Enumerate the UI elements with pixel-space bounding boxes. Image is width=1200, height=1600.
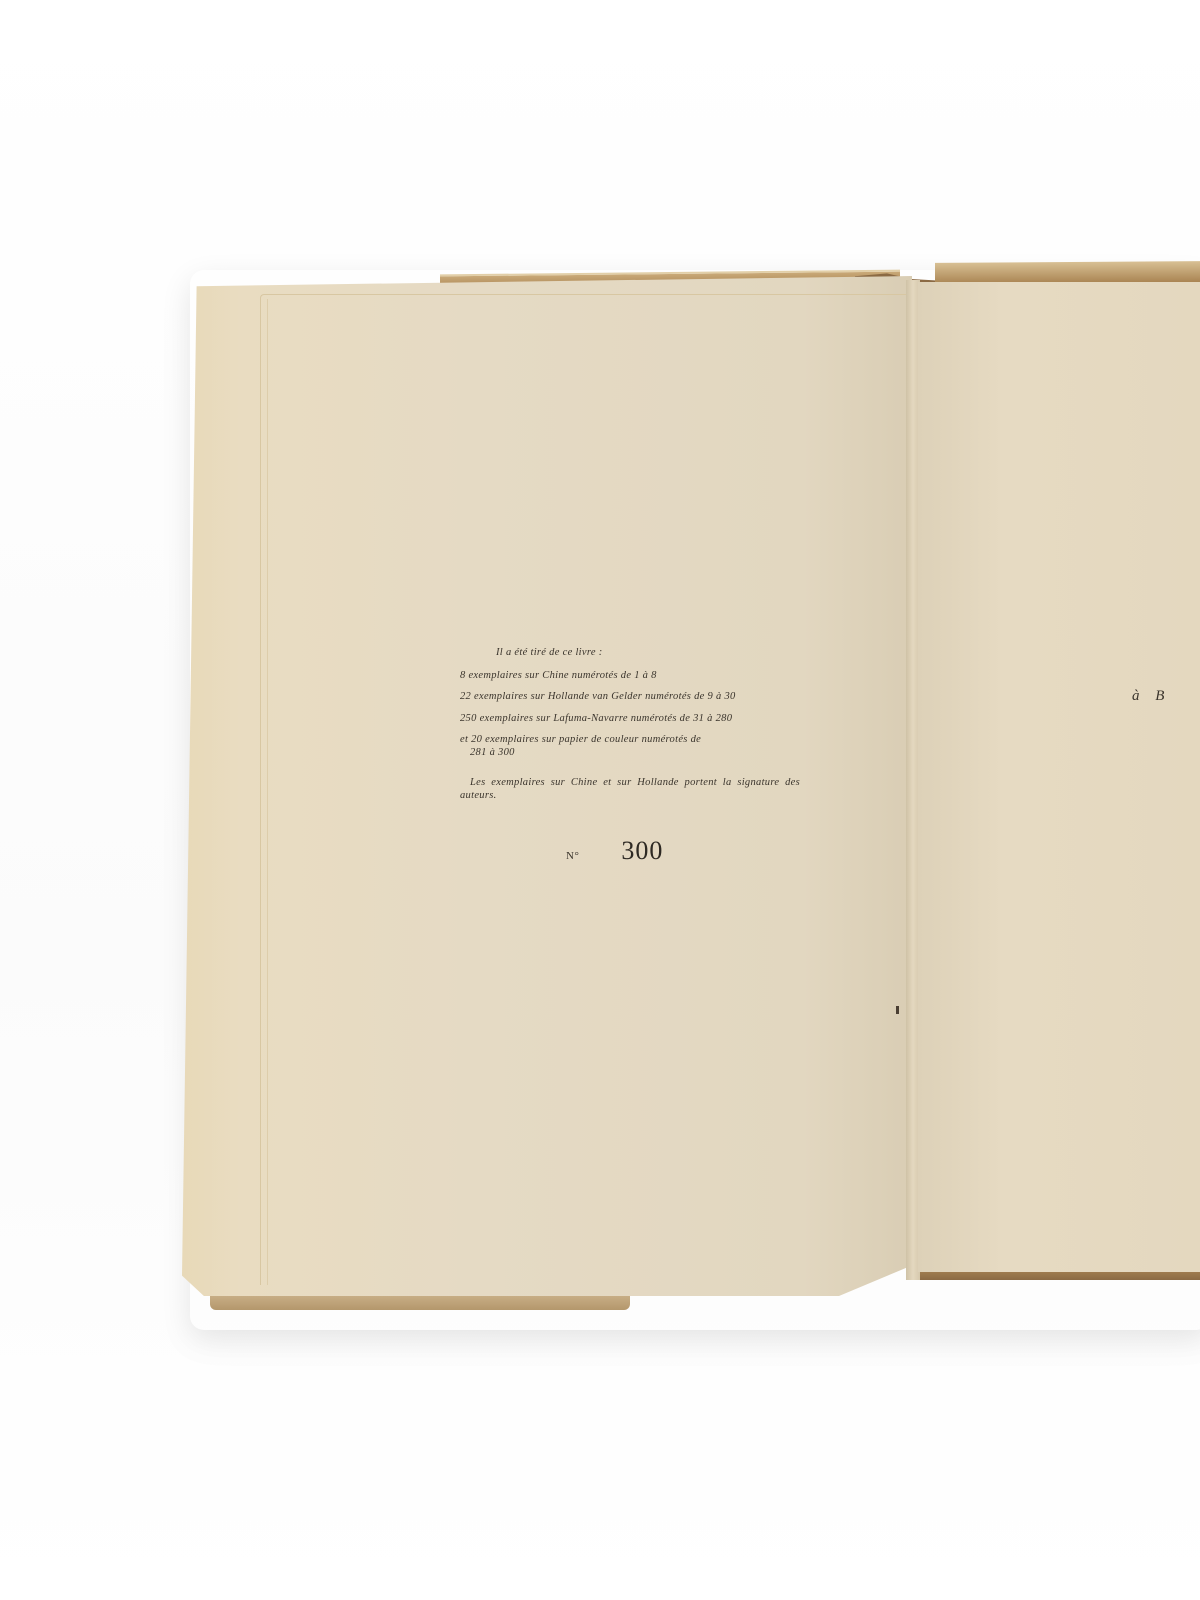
limitation-statement: Il a été tiré de ce livre : 8 exemplaire…	[460, 648, 800, 802]
edition-line-couleur: et 20 exemplaires sur papier de couleur …	[460, 735, 800, 746]
gutter-mark	[896, 1006, 899, 1014]
right-page	[918, 282, 1200, 1272]
colophon-heading: Il a été tiré de ce livre :	[460, 648, 800, 659]
edition-line-couleur-continuation: 281 à 300	[460, 748, 800, 759]
copy-number-label: N°	[566, 850, 579, 862]
edition-line-lafuma: 250 exemplaires sur Lafuma-Navarre numér…	[460, 714, 800, 725]
edition-line-hollande: 22 exemplaires sur Hollande van Gelder n…	[460, 692, 800, 703]
copy-number: N° 300	[566, 836, 663, 866]
signature-note: Les exemplaires sur Chine et sur Holland…	[460, 776, 800, 802]
copy-number-value: 300	[621, 836, 663, 866]
edition-line-chine: 8 exemplaires sur Chine numérotés de 1 à…	[460, 671, 800, 682]
dedication-fragment: à B	[1132, 688, 1170, 705]
